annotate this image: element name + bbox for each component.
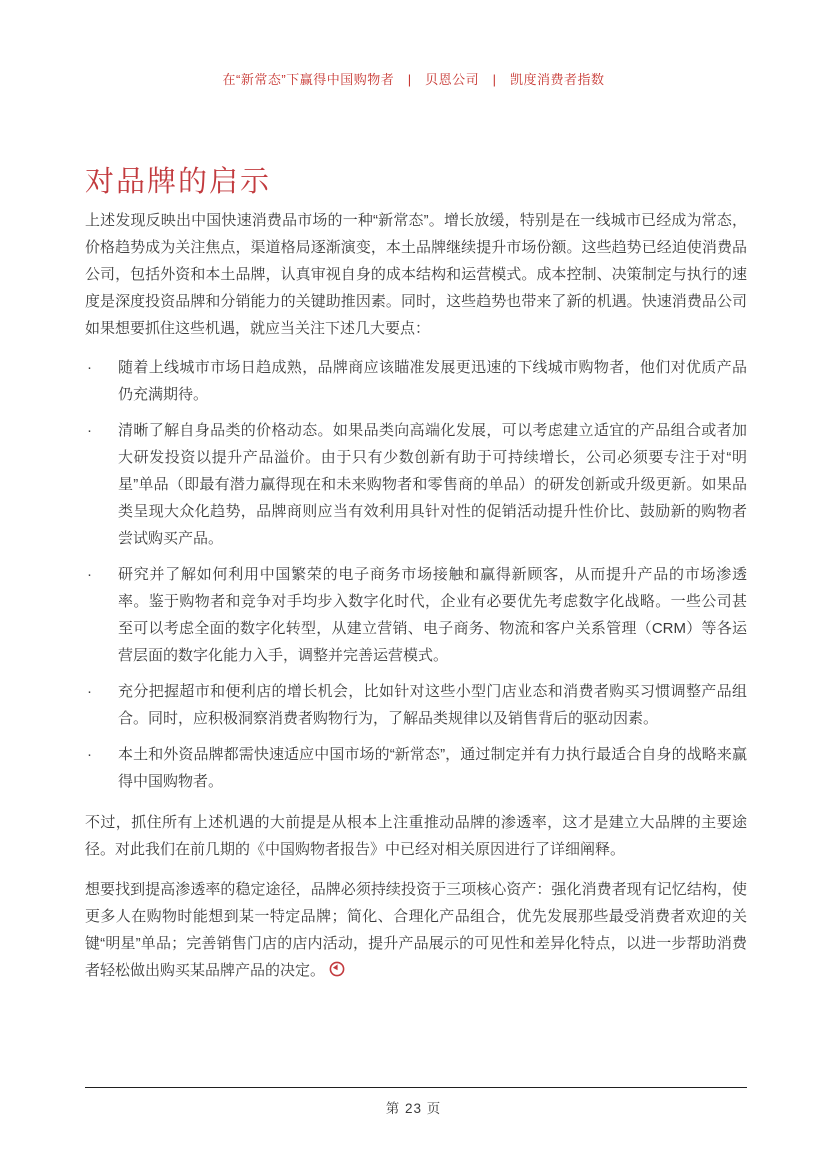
end-icon-triangle xyxy=(333,964,338,970)
bullet-marker: · xyxy=(87,561,92,588)
list-item: · 充分把握超市和便利店的增长机会，比如针对这些小型门店业态和消费者购买习惯调整… xyxy=(85,678,747,732)
bullet-marker: · xyxy=(87,354,92,381)
body-content: 上述发现反映出中国快速消费品市场的一种“新常态”。增长放缓，特别是在一线城市已经… xyxy=(85,207,747,986)
bullet-marker: · xyxy=(87,741,92,768)
article-end-icon xyxy=(329,959,345,986)
list-item: · 清晰了解自身品类的价格动态。如果品类向高端化发展，可以考虑建立适宜的产品组合… xyxy=(85,417,747,552)
list-item: · 研究并了解如何利用中国繁荣的电子商务市场接触和赢得新顾客，从而提升产品的市场… xyxy=(85,561,747,669)
key-points-list: · 随着上线城市市场日趋成熟，品牌商应该瞄准发展更迅速的下线城市购物者，他们对优… xyxy=(85,354,747,795)
document-page: 在“新常态”下赢得中国购物者 | 贝恩公司 | 凯度消费者指数 对品牌的启示 上… xyxy=(0,0,827,1169)
list-item: · 随着上线城市市场日趋成熟，品牌商应该瞄准发展更迅速的下线城市购物者，他们对优… xyxy=(85,354,747,408)
list-item-text: 本土和外资品牌都需快速适应中国市场的“新常态”，通过制定并有力执行最适合自身的战… xyxy=(118,746,747,790)
list-item-text: 随着上线城市市场日趋成熟，品牌商应该瞄准发展更迅速的下线城市购物者，他们对优质产… xyxy=(118,359,747,403)
list-item: · 本土和外资品牌都需快速适应中国市场的“新常态”，通过制定并有力执行最适合自身… xyxy=(85,741,747,795)
penetration-paragraph: 不过，抓住所有上述机遇的大前提是从根本上注重推动品牌的渗透率，这才是建立大品牌的… xyxy=(85,809,747,863)
page-title: 对品牌的启示 xyxy=(85,159,271,200)
page-number: 第 23 页 xyxy=(0,1097,827,1117)
running-header: 在“新常态”下赢得中国购物者 | 贝恩公司 | 凯度消费者指数 xyxy=(0,69,827,88)
bullet-marker: · xyxy=(87,417,92,444)
closing-paragraph-text: 想要找到提高渗透率的稳定途径，品牌必须持续投资于三项核心资产：强化消费者现有记忆… xyxy=(85,881,747,979)
intro-paragraph: 上述发现反映出中国快速消费品市场的一种“新常态”。增长放缓，特别是在一线城市已经… xyxy=(85,207,747,342)
list-item-text: 研究并了解如何利用中国繁荣的电子商务市场接触和赢得新顾客，从而提升产品的市场渗透… xyxy=(118,566,747,664)
list-item-text: 清晰了解自身品类的价格动态。如果品类向高端化发展，可以考虑建立适宜的产品组合或者… xyxy=(118,422,747,547)
footer-divider xyxy=(85,1087,747,1088)
list-item-text: 充分把握超市和便利店的增长机会，比如针对这些小型门店业态和消费者购买习惯调整产品… xyxy=(118,683,747,727)
bullet-marker: · xyxy=(87,678,92,705)
closing-paragraph: 想要找到提高渗透率的稳定途径，品牌必须持续投资于三项核心资产：强化消费者现有记忆… xyxy=(85,876,747,986)
